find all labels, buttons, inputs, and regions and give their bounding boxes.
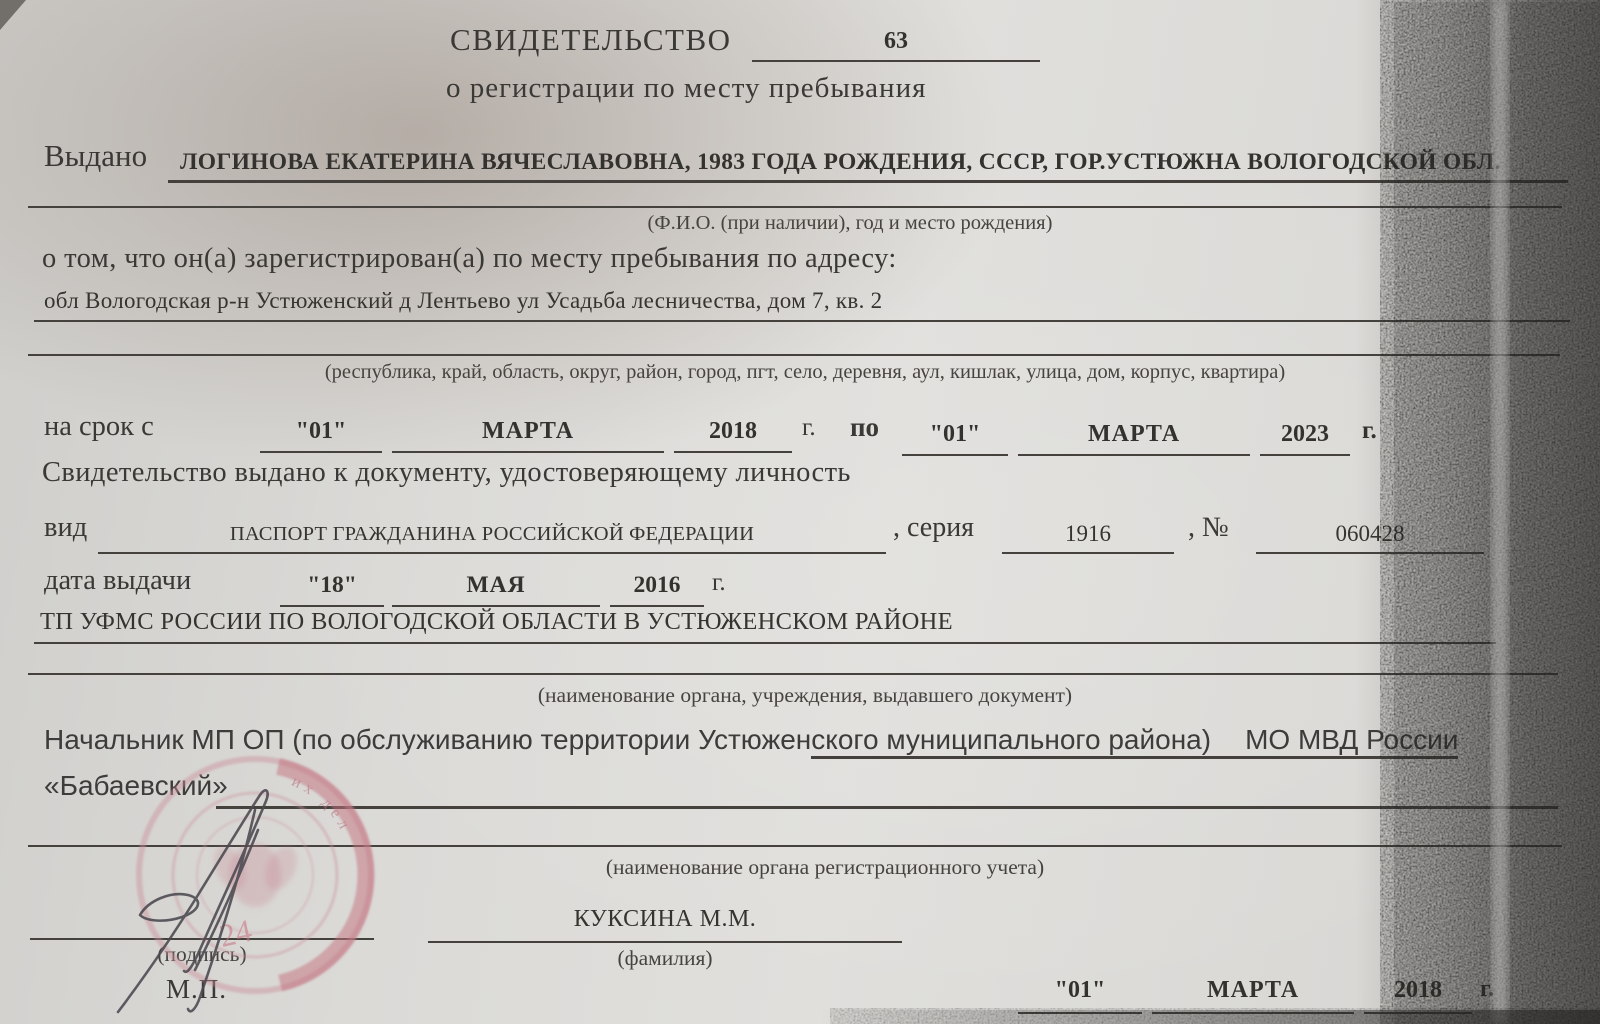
bottom-date-day: "01" — [1018, 972, 1142, 1014]
registered-line: о том, что он(а) зарегистрирован(а) по м… — [42, 243, 897, 275]
doc-issue-suffix: г. — [712, 569, 726, 597]
fio-caption: (Ф.И.О. (при наличии), год и место рожде… — [390, 212, 1310, 235]
certificate-subtitle: о регистрации по месту пребывания — [446, 72, 926, 105]
blank-line-reg-auth — [28, 845, 1562, 847]
bottom-date-suffix: г. — [1480, 976, 1494, 1003]
doc-type-label: вид — [44, 512, 87, 544]
blank-line-fio — [28, 206, 1562, 208]
reg-auth-part3: МО МВД России — [1245, 724, 1458, 755]
doc-number-value: 060428 — [1256, 518, 1484, 554]
line-after-babaevsky — [216, 806, 1558, 809]
period-to-label: по — [850, 412, 879, 443]
doc-issue-label: дата выдачи — [44, 565, 191, 597]
reg-auth-underlined: ского муниципального района)МО МВД Росси… — [811, 724, 1458, 759]
bottom-date-year: 2018 — [1364, 972, 1472, 1014]
address-caption: (республика, край, область, округ, район… — [190, 361, 1420, 384]
blank-line-address — [28, 354, 1560, 356]
doc-issue-day: "18" — [280, 569, 384, 607]
registration-certificate: СВИДЕТЕЛЬСТВО 63 о регистрации по месту … — [0, 0, 1600, 1024]
period-from-day: "01" — [260, 414, 382, 453]
period-to-suffix: г. — [1362, 417, 1377, 445]
address-value: обл Вологодская р-н Устюженский д Лентье… — [34, 288, 1570, 322]
reg-auth-caption: (наименование органа регистрационного уч… — [430, 855, 1220, 880]
reg-auth-line2: «Бабаевский» — [44, 770, 228, 802]
issued-label: Выдано — [44, 138, 147, 174]
signature-line — [30, 938, 374, 940]
period-from-suffix: г. — [802, 414, 816, 442]
doc-authority: ТП УФМС РОССИИ ПО ВОЛОГОДСКОЙ ОБЛАСТИ В … — [34, 608, 1496, 644]
stamp-emblem — [208, 841, 304, 907]
period-label: на срок с — [44, 411, 154, 443]
doc-number-label: , № — [1188, 512, 1229, 544]
doc-authority-caption: (наименование органа, учреждения, выдавш… — [300, 683, 1310, 708]
seal-place-label: М.П. — [166, 974, 227, 1005]
issued-to-name: ЛОГИНОВА ЕКАТЕРИНА ВЯЧЕСЛАВОВНА, 1983 ГО… — [168, 149, 1568, 183]
certificate-number: 63 — [752, 24, 1040, 62]
bottom-date-month: МАРТА — [1152, 972, 1354, 1014]
period-from-month: МАРТА — [392, 414, 664, 453]
stamp-text-fragment: их дел — [289, 773, 355, 836]
doc-type-value: ПАСПОРТ ГРАЖДАНИНА РОССИЙСКОЙ ФЕДЕРАЦИИ — [98, 518, 886, 554]
certificate-title: СВИДЕТЕЛЬСТВО — [450, 22, 732, 58]
doc-issue-year: 2016 — [610, 569, 704, 607]
period-from-year: 2018 — [674, 414, 792, 453]
period-to-month: МАРТА — [1018, 417, 1250, 456]
doc-issue-month: МАЯ — [392, 569, 600, 607]
document-line: Свидетельство выдано к документу, удосто… — [42, 457, 851, 489]
signature-caption: (подпись) — [30, 942, 374, 967]
registration-authority-line: Начальник МП ОП (по обслуживанию террито… — [44, 724, 1458, 756]
doc-series-value: 1916 — [1002, 518, 1174, 554]
blank-line-authority — [28, 673, 1558, 675]
corner-wedge — [0, 0, 26, 30]
surname-caption: (фамилия) — [430, 946, 900, 971]
period-to-year: 2023 — [1260, 417, 1350, 456]
surname-value: КУКСИНА М.М. — [428, 903, 902, 943]
reg-auth-part2: ского муниципального района) — [811, 724, 1211, 755]
period-to-day: "01" — [902, 417, 1008, 456]
doc-series-label: , серия — [893, 512, 974, 544]
reg-auth-part1: Начальник МП ОП (по обслуживанию террито… — [44, 724, 811, 755]
